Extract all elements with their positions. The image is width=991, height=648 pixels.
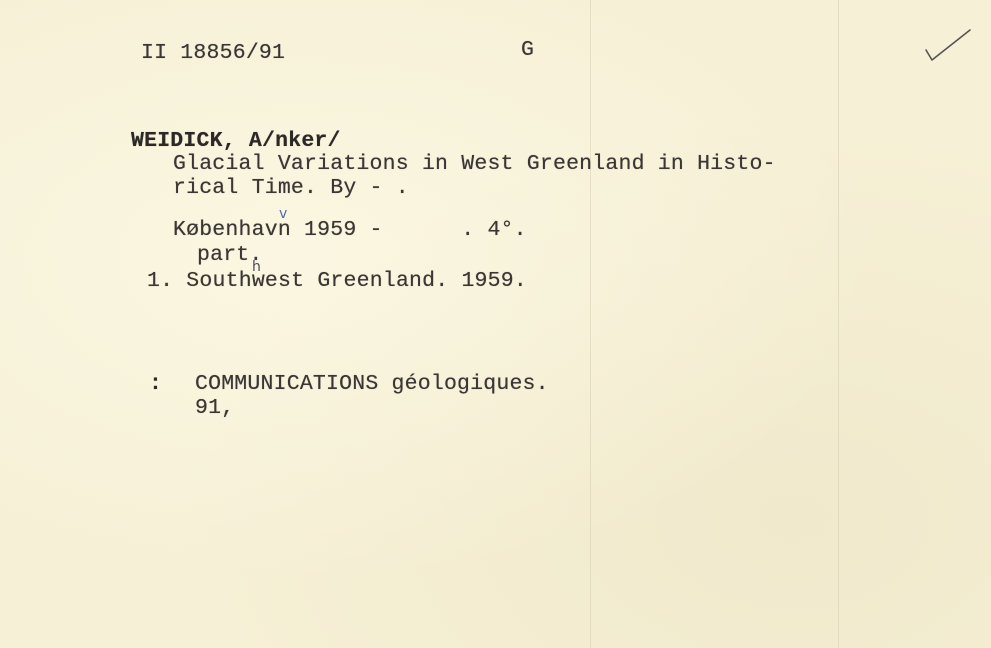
imprint-line: København 1959 - . 4°.: [173, 219, 527, 241]
class-mark: G: [521, 39, 534, 61]
paper-fold-line: [590, 0, 591, 648]
series-number: 91,: [195, 397, 234, 419]
imprint-details: 1959 - . 4°.: [291, 218, 527, 242]
imprint-place: København: [173, 218, 291, 242]
part-entry: 1. Southwest Greenland. 1959.: [147, 270, 527, 292]
handwritten-correction: v: [279, 206, 287, 222]
checkmark-icon: [922, 24, 974, 64]
catalog-card: II 18856/91 G WEIDICK, A/nker/ Glacial V…: [0, 0, 991, 648]
title-line-1: Glacial Variations in West Greenland in …: [173, 153, 776, 175]
series-marker: :: [149, 373, 162, 395]
author-heading: WEIDICK, A/nker/: [131, 130, 341, 152]
title-line-2: rical Time. By - .: [173, 177, 409, 199]
paper-fold-line: [838, 0, 839, 648]
call-number: II 18856/91: [141, 42, 285, 64]
series-title: COMMUNICATIONS géologiques.: [195, 373, 549, 395]
